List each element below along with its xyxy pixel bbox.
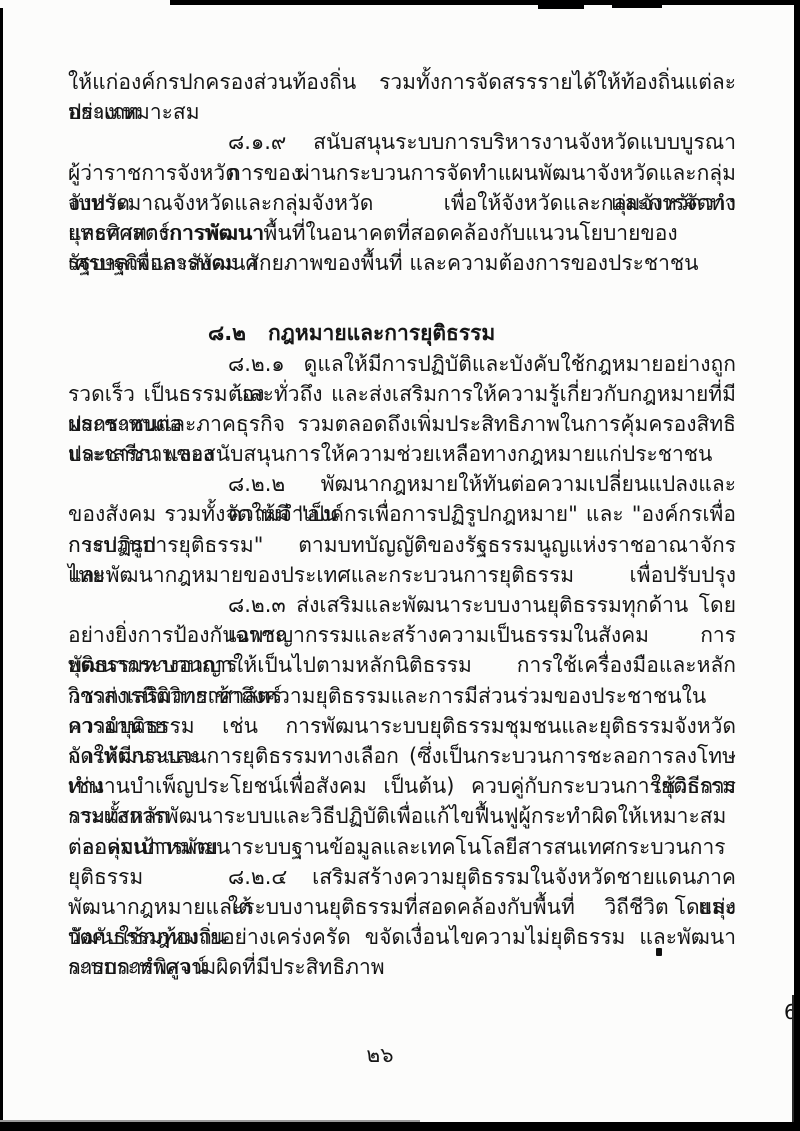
text-line: งบประมาณจังหวัดและกลุ่มจังหวัด เพื่อให้จ…	[68, 188, 736, 218]
scan-border-right-inner-line	[792, 995, 794, 1123]
text-line: ยุติธรรมทางอาญาให้เป็นไปตามหลักนิติธรรม …	[68, 650, 736, 680]
text-line: ประชาชนและภาคธุรกิจ รวมตลอดถึงเพิ่มประสิ…	[68, 409, 736, 439]
text-line: ความยุติธรรม เช่น การพัฒนาระบบยุติธรรมชุ…	[68, 711, 736, 741]
scan-border-top-blob	[538, 0, 584, 9]
scan-border-bottom	[0, 1122, 800, 1131]
text-line-item-8-2-3: ๘.๒.๓ ส่งเสริมและพัฒนาระบบงานยุติธรรมทุก…	[68, 590, 736, 620]
section-heading-8-2: ๘.๒กฎหมายและการยุติธรรม	[68, 318, 736, 348]
text-line: การส่งเสริมการเข้าถึงความยุติธรรมและการม…	[68, 681, 736, 711]
text-line: และทิศทางการพัฒนาพื้นที่ในอนาคตที่สอดคล้…	[68, 218, 736, 248]
text-line: ตลอดจนการพัฒนาระบบฐานข้อมูลและเทคโนโลยีส…	[68, 832, 736, 862]
text-line: รวดเร็ว เป็นธรรม และทั่วถึง และส่งเสริมก…	[68, 379, 736, 409]
text-line-item-8-2-4: ๘.๒.๔ เสริมสร้างความยุติธรรมในจังหวัดชาย…	[68, 862, 736, 892]
text-line: ประชาชน และสนับสนุนการให้ความช่วยเหลือทา…	[68, 439, 736, 469]
scan-border-top	[170, 0, 800, 5]
scan-border-right	[794, 0, 800, 1131]
scan-border-top-blob	[612, 0, 662, 8]
text-line: ทำงานบำเพ็ญประโยชน์เพื่อสังคม เป็นต้น) ค…	[68, 771, 736, 801]
text-line: พัฒนากฎหมายและระบบงานยุติธรรมที่สอดคล้อง…	[68, 892, 736, 922]
scan-border-left	[0, 8, 3, 1131]
text-line: กระบวนการยุติธรรม" ตามบทบัญญัติของรัฐธรร…	[68, 530, 736, 560]
document-body: ให้แก่องค์กรปกครองส่วนท้องถิ่น รวมทั้งกา…	[68, 67, 736, 982]
scanned-document-page: 6 ให้แก่องค์กรปกครองส่วนท้องถิ่น รวมทั้ง…	[0, 0, 800, 1131]
text-line: อย่างเหมาะสม	[68, 97, 736, 127]
text-line: เศรษฐกิจและสังคม ศักยภาพของพื้นที่ และคว…	[68, 248, 736, 278]
text-line: จัดให้มีกระบวนการยุติธรรมทางเลือก (ซึ่งเ…	[68, 741, 736, 771]
text-line: บังคับใช้กฎหมายอย่างเคร่งครัด ขจัดเงื่อน…	[68, 922, 736, 952]
section-heading-title: กฎหมายและการยุติธรรม	[268, 321, 495, 345]
text-line: ผู้ว่าราชการจังหวัด ผ่านกระบวนการจัดทำแผ…	[68, 158, 736, 188]
text-line: รวมทั้งการพัฒนาระบบและวิธีปฏิบัติเพื่อแก…	[68, 801, 736, 831]
text-line-item-8-1-9: ๘.๑.๙ สนับสนุนระบบการบริหารงานจังหวัดแบบ…	[68, 127, 736, 157]
page-number: ๒๖	[330, 1042, 430, 1068]
section-heading-number: ๘.๒	[208, 321, 246, 345]
text-line: ให้แก่องค์กรปกครองส่วนท้องถิ่น รวมทั้งกา…	[68, 67, 736, 97]
text-line: ของสังคม รวมทั้งจัดให้มี "องค์กรเพื่อการ…	[68, 499, 736, 529]
text-line: การกระทำความผิดที่มีประสิทธิภาพ	[68, 952, 736, 982]
text-line-item-8-2-2: ๘.๒.๒ พัฒนากฎหมายให้ทันต่อความเปลี่ยนแปล…	[68, 469, 736, 499]
text-line-item-8-2-1: ๘.๒.๑ ดูแลให้มีการปฏิบัติและบังคับใช้กฎห…	[68, 349, 736, 379]
text-line: อย่างยิ่งการป้องกันอาชญากรรมและสร้างความ…	[68, 620, 736, 650]
